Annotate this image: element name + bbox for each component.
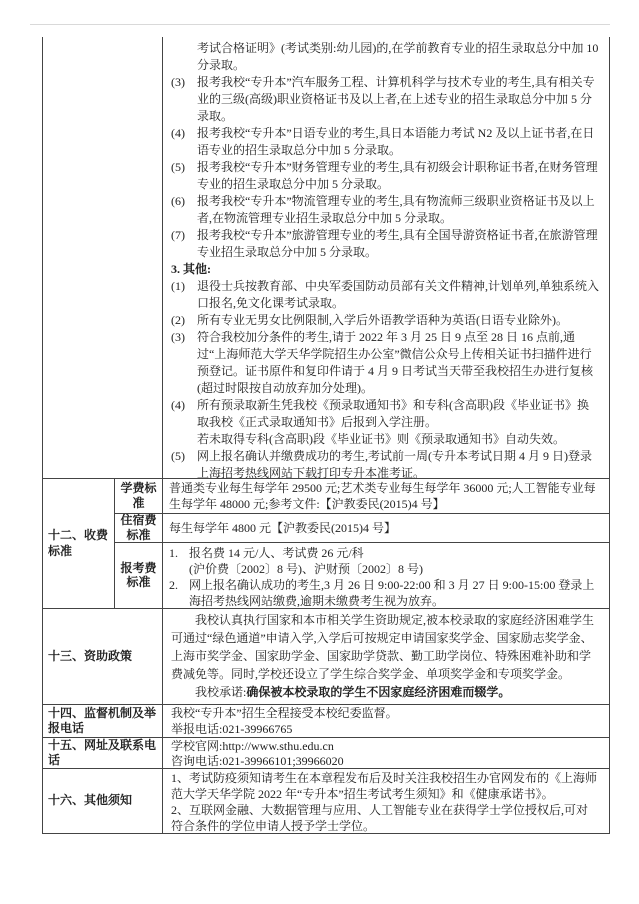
item-text: 考试合格证明》(考试类别:幼儿园)的,在学前教育专业的招生录取总分中加 10 分… [197, 41, 598, 72]
list-item: (6)报考我校“专升本”物流管理专业的考生,具有物流师三级职业资格证书及以上者,… [171, 193, 599, 227]
row-supervision: 十四、监督机制及举报电话 我校“专升本”招生全程接受本校纪委监督。 举报电话:0… [43, 704, 609, 737]
item-number: (5) [171, 448, 195, 465]
list-item: (7)报考我校“专升本”旅游管理专业的考生,具有全国导游资格证书者,在旅游管理专… [171, 227, 599, 261]
item-number: (6) [171, 193, 195, 210]
item-text: 符合我校加分条件的考生,请于 2022 年 3 月 25 日 9 点至 28 日… [197, 330, 593, 395]
list-item: (3)符合我校加分条件的考生,请于 2022 年 3 月 25 日 9 点至 2… [171, 329, 599, 397]
row-continuation-content: 考试合格证明》(考试类别:幼儿园)的,在学前教育专业的招生录取总分中加 10 分… [163, 37, 609, 478]
list-item: (3)报考我校“专升本”汽车服务工程、计算机科学与技术专业的考生,具有相关专业的… [171, 74, 599, 125]
row-contact: 十五、网址及联系电话 学校官网:http://www.sthu.edu.cn 咨… [43, 737, 609, 768]
supervision-line: 我校“专升本”招生全程接受本校纪委监督。 [171, 706, 599, 722]
row-aid-policy: 十三、资助政策 我校认真执行国家和本市相关学生资助规定,被本校录取的家庭经济困难… [43, 608, 609, 704]
fee-label-accommodation: 住宿费标准 [115, 514, 163, 542]
fee-content-application: 1.报名费 14 元/人、考试费 26 元/科 (沪价费〔2002〕8 号)、沪… [163, 543, 609, 608]
aid-promise-bold: 确保被本校录取的学生不因家庭经济困难而辍学。 [246, 685, 510, 699]
fee-row-application: 报考费标准 1.报名费 14 元/人、考试费 26 元/科 (沪价费〔2002〕… [115, 542, 609, 608]
aid-paragraph: 我校认真执行国家和本市相关学生资助规定,被本校录取的家庭经济困难学生可通过“绿色… [171, 611, 599, 683]
list-item: (5)报考我校“专升本”财务管理专业的考生,具有初级会计职称证书者,在财务管理专… [171, 159, 599, 193]
row-contact-content: 学校官网:http://www.sthu.edu.cn 咨询电话:021-399… [163, 738, 609, 768]
fee-label-tuition: 学费标准 [115, 479, 163, 513]
row-other-notes: 十六、其他须知 1、考试防疫须知请考生在本章程发布后及时关注我校招生办官网发布的… [43, 768, 609, 833]
list-item: 若未取得专科(含高职)段《毕业证书》则《预录取通知书》自动失效。 [171, 431, 599, 448]
report-phone: 举报电话:021-39966765 [171, 722, 599, 738]
item-text: 网上报名确认并缴费成功的考生,考试前一周(专升本考试日期 4 月 9 日)登录上… [197, 449, 592, 478]
list-item: (4)所有预录取新生凭我校《预录取通知书》和专科(含高职)段《毕业证书》换取我校… [171, 397, 599, 431]
item-number: (7) [171, 227, 195, 244]
fees-subtable: 学费标准 普通类专业每生每学年 29500 元;艺术类专业每生每学年 36000… [115, 479, 609, 608]
item-number: (2) [171, 312, 195, 329]
row-aid-content: 我校认真执行国家和本市相关学生资助规定,被本校录取的家庭经济困难学生可通过“绿色… [163, 609, 609, 704]
row-aid-header: 十三、资助政策 [43, 609, 163, 704]
item-text: 报考我校“专升本”日语专业的考生,具日本语能力考试 N2 及以上证书者,在日语专… [197, 126, 594, 157]
item-text: 若未取得专科(含高职)段《毕业证书》则《预录取通知书》自动失效。 [197, 432, 565, 446]
row-continuation-header-empty [43, 37, 163, 478]
list-item: (4)报考我校“专升本”日语专业的考生,具日本语能力考试 N2 及以上证书者,在… [171, 125, 599, 159]
fee-row-tuition: 学费标准 普通类专业每生每学年 29500 元;艺术类专业每生每学年 36000… [115, 479, 609, 513]
list-item: 1.报名费 14 元/人、考试费 26 元/科 [169, 545, 601, 561]
item-number: (3) [171, 74, 195, 91]
other-note-2: 2、互联网金融、大数据管理与应用、人工智能专业在获得学士学位授权后,可对符合条件… [171, 802, 599, 833]
row-supervision-header: 十四、监督机制及举报电话 [43, 705, 163, 737]
aid-promise: 我校承诺:确保被本校录取的学生不因家庭经济困难而辍学。 [171, 683, 599, 701]
list-item: 考试合格证明》(考试类别:幼儿园)的,在学前教育专业的招生录取总分中加 10 分… [171, 40, 599, 74]
consult-phone: 咨询电话:021-39966101;39966020 [171, 754, 599, 768]
fee-content-tuition: 普通类专业每生每学年 29500 元;艺术类专业每生每学年 36000 元;人工… [163, 479, 609, 513]
row-continuation: 考试合格证明》(考试类别:幼儿园)的,在学前教育专业的招生录取总分中加 10 分… [43, 37, 609, 478]
row-supervision-content: 我校“专升本”招生全程接受本校纪委监督。 举报电话:021-39966765 [163, 705, 609, 737]
item-text: 退役士兵按教育部、中央军委国防动员部有关文件精神,计划单列,单独系统入口报名,免… [197, 279, 599, 310]
row-contact-header: 十五、网址及联系电话 [43, 738, 163, 768]
item-text: 报考我校“专升本”物流管理专业的考生,具有物流师三级职业资格证书及以上者,在物流… [197, 194, 595, 225]
item-number: (5) [171, 159, 195, 176]
list-item: (1)退役士兵按教育部、中央军委国防动员部有关文件精神,计划单列,单独系统入口报… [171, 278, 599, 312]
fee-label-application: 报考费标准 [115, 543, 163, 608]
item-text: 报名费 14 元/人、考试费 26 元/科 [189, 546, 364, 560]
list-item: 2.网上报名确认成功的考生,3 月 26 日 9:00-22:00 和 3 月 … [169, 577, 601, 608]
item-text: 报考我校“专升本”财务管理专业的考生,具有初级会计职称证书者,在财务管理专业的招… [197, 160, 598, 191]
item-text: 所有专业无男女比例限制,入学后外语教学语种为英语(日语专业除外)。 [197, 313, 568, 327]
item-number: (4) [171, 125, 195, 142]
other-subheading: 3.其他: [171, 261, 599, 278]
item-text: 所有预录取新生凭我校《预录取通知书》和专科(含高职)段《毕业证书》换取我校《正式… [197, 398, 589, 429]
item-text: 其他: [183, 262, 211, 276]
school-website: 学校官网:http://www.sthu.edu.cn [171, 739, 599, 754]
aid-promise-prefix: 我校承诺: [195, 685, 246, 699]
row-fees: 十二、收费标准 学费标准 普通类专业每生每学年 29500 元;艺术类专业每生每… [43, 478, 609, 608]
item-number: 1. [169, 545, 187, 561]
other-note-1: 1、考试防疫须知请考生在本章程发布后及时关注我校招生办官网发布的《上海师范大学天… [171, 770, 599, 802]
item-text: 报考我校“专升本”汽车服务工程、计算机科学与技术专业的考生,具有相关专业的三级(… [197, 75, 595, 123]
row-fees-header: 十二、收费标准 [43, 479, 115, 608]
admissions-table: 考试合格证明》(考试类别:幼儿园)的,在学前教育专业的招生录取总分中加 10 分… [42, 37, 610, 834]
item-number: (4) [171, 397, 195, 414]
row-other-content: 1、考试防疫须知请考生在本章程发布后及时关注我校招生办官网发布的《上海师范大学天… [163, 769, 609, 833]
item-text: 网上报名确认成功的考生,3 月 26 日 9:00-22:00 和 3 月 27… [189, 578, 594, 608]
item-text: (沪价费〔2002〕8 号)、沪财预〔2002〕8 号) [189, 562, 423, 576]
item-number: 3. [171, 262, 180, 276]
list-item: (5)网上报名确认并缴费成功的考生,考试前一周(专升本考试日期 4 月 9 日)… [171, 448, 599, 478]
fee-content-accommodation: 每生每学年 4800 元【沪教委民(2015)4 号】 [163, 514, 609, 542]
list-item: (2)所有专业无男女比例限制,入学后外语教学语种为英语(日语专业除外)。 [171, 312, 599, 329]
list-item: (沪价费〔2002〕8 号)、沪财预〔2002〕8 号) [169, 561, 601, 577]
fee-row-accommodation: 住宿费标准 每生每学年 4800 元【沪教委民(2015)4 号】 [115, 513, 609, 542]
fee-text: 每生每学年 4800 元【沪教委民(2015)4 号】 [169, 520, 601, 536]
item-number: (1) [171, 278, 195, 295]
row-other-header: 十六、其他须知 [43, 769, 163, 833]
item-text: 报考我校“专升本”旅游管理专业的考生,具有全国导游资格证书者,在旅游管理专业招生… [197, 228, 598, 259]
fee-text: 普通类专业每生每学年 29500 元;艺术类专业每生每学年 36000 元;人工… [169, 480, 601, 512]
item-number: 2. [169, 577, 187, 593]
item-number: (3) [171, 329, 195, 346]
page-crease-line [30, 24, 610, 25]
